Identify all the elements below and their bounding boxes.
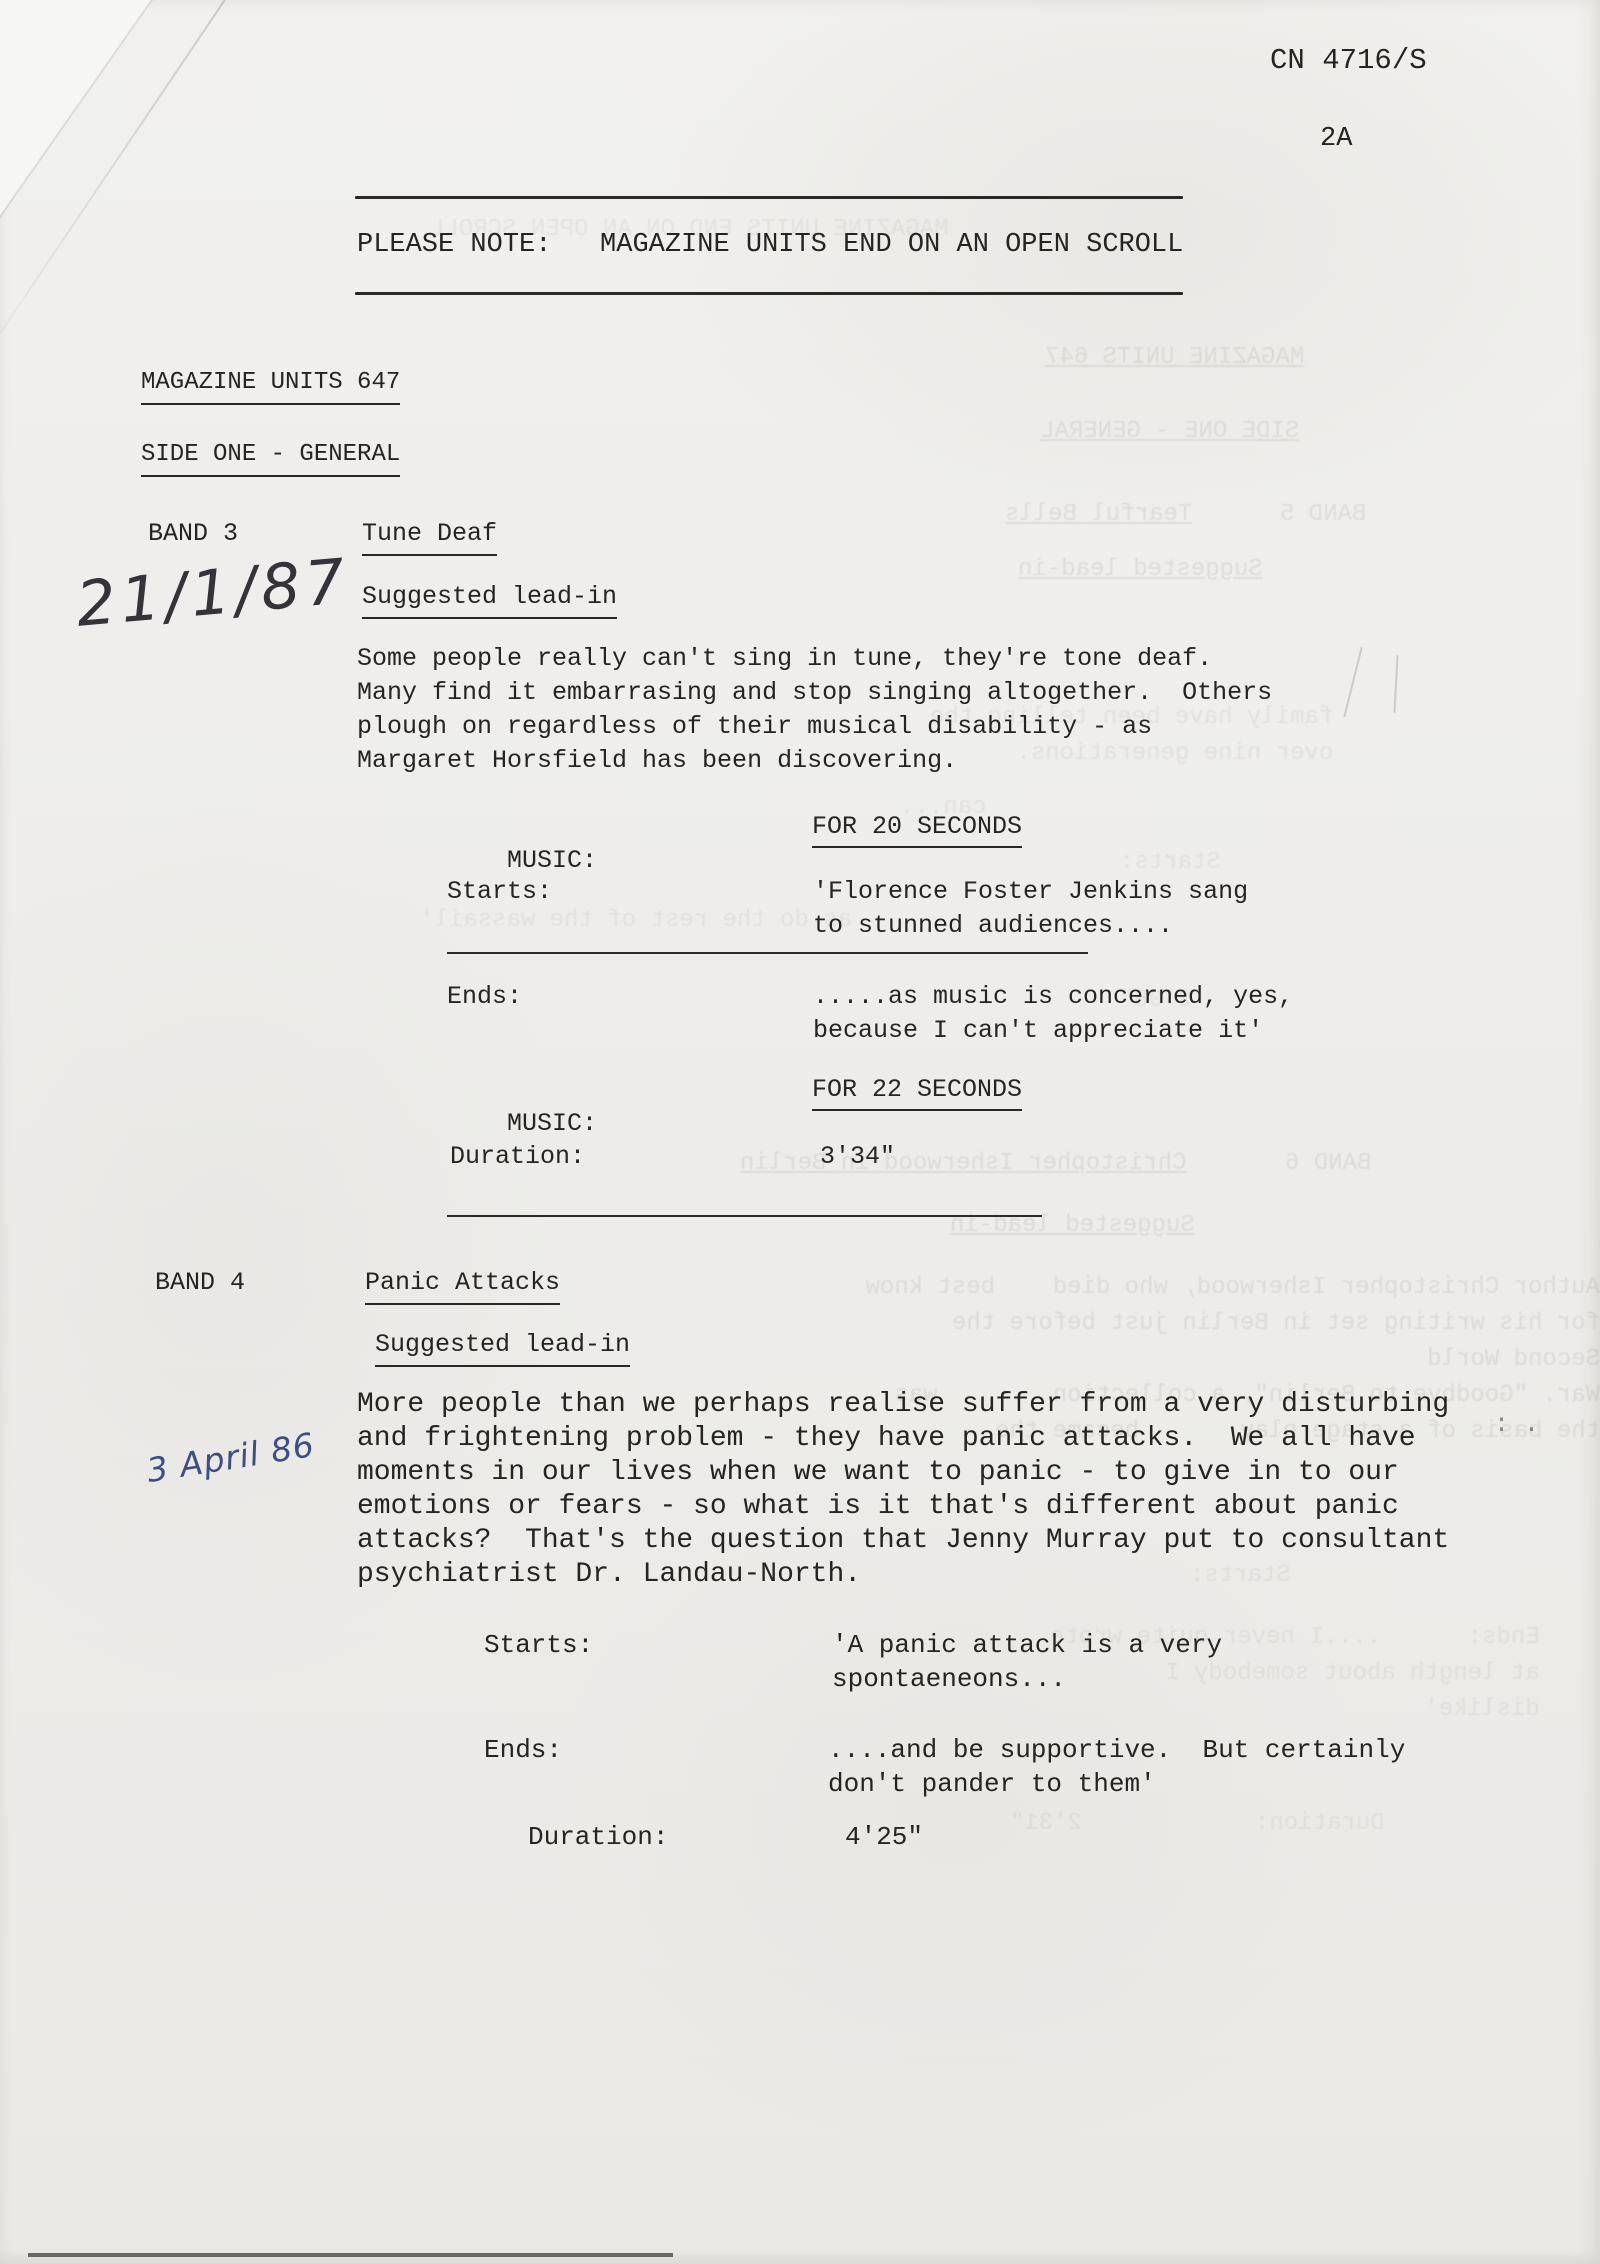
band-4-title-text: Panic Attacks [365,1266,560,1305]
band-3-duration-value: 3'34" [820,1140,895,1174]
notice-text: PLEASE NOTE: MAGAZINE UNITS END ON AN OP… [357,228,1183,262]
handwritten-date-band4: 3 April 86 [144,1425,317,1490]
band-3-leadin-heading: Suggested lead-in [362,580,617,619]
bleedthrough-fragment: 2'31" [1010,1806,1082,1842]
doc-title: MAGAZINE UNITS 647 [141,366,400,405]
scanned-script-page: MAGAZINE UNITS END ON AN OPEN SCROLL MAG… [0,0,1600,2264]
band-4-leadin-heading-text: Suggested lead-in [375,1328,630,1367]
bleedthrough-fragment: MAGAZINE UNITS 647 [1045,340,1304,376]
music-label: MUSIC: [507,846,597,875]
doc-ref: CN 4716/S [1270,44,1427,78]
band-3-duration-label: Duration: [450,1140,585,1174]
page-number: 2A [1320,122,1352,156]
band-4-label: BAND 4 [155,1266,245,1300]
notice-rule-bottom [355,292,1183,295]
band-4-duration-label: Duration: [528,1820,668,1854]
band-4-starts-text: 'A panic attack is a very spontaeneons..… [832,1628,1392,1696]
band-3-leadin-heading-text: Suggested lead-in [362,580,617,619]
band-3-label: BAND 3 [148,517,238,551]
bleedthrough-fragment: BAND 5 [1280,497,1366,533]
scan-edge-shadow [28,2253,673,2257]
notice-rule-top [355,196,1183,199]
band-4-ends-label: Ends: [484,1733,562,1767]
band-4-duration-value: 4'25" [845,1820,923,1854]
band-4-starts-label: Starts: [484,1628,593,1662]
band-3-title: Tune Deaf [362,517,497,556]
band-4-ends-text: ....and be supportive. But certainly don… [828,1733,1448,1801]
music-duration-value: FOR 22 SECONDS [812,1073,1022,1111]
band-4-leadin-paragraph: More people than we perhaps realise suff… [357,1388,1517,1592]
band-3-ends-text: .....as music is concerned, yes, because… [813,980,1393,1048]
handwritten-date-band3: 21/1/87 [73,544,352,641]
band-4-title: Panic Attacks [365,1266,560,1305]
band-3-starts-text: 'Florence Foster Jenkins sang to stunned… [813,875,1373,943]
bleedthrough-fragment: Duration: [1255,1806,1385,1842]
band-3-ends-label: Ends: [447,980,522,1014]
band-3-starts-label: Starts: [447,875,552,909]
bleedthrough-fragment: Suggested lead-in [1018,552,1263,588]
band-3-leadin-paragraph: Some people really can't sing in tune, t… [357,642,1307,778]
music-duration-value: FOR 20 SECONDS [812,810,1022,848]
band-4-leadin-heading: Suggested lead-in [375,1328,630,1367]
stray-pen-mark [1393,655,1398,713]
bleedthrough-fragment: BAND 6 [1285,1146,1371,1182]
doc-subtitle: SIDE ONE - GENERAL [141,438,400,477]
band-3-title-text: Tune Deaf [362,517,497,556]
stray-pen-mark [1343,647,1362,717]
bleedthrough-fragment: Tearful Bells [1005,497,1192,533]
music-label: MUSIC: [507,1109,597,1138]
doc-title-text: MAGAZINE UNITS 647 [141,366,400,405]
doc-subtitle-text: SIDE ONE - GENERAL [141,438,400,477]
bleedthrough-fragment: SIDE ONE - GENERAL [1040,414,1299,450]
